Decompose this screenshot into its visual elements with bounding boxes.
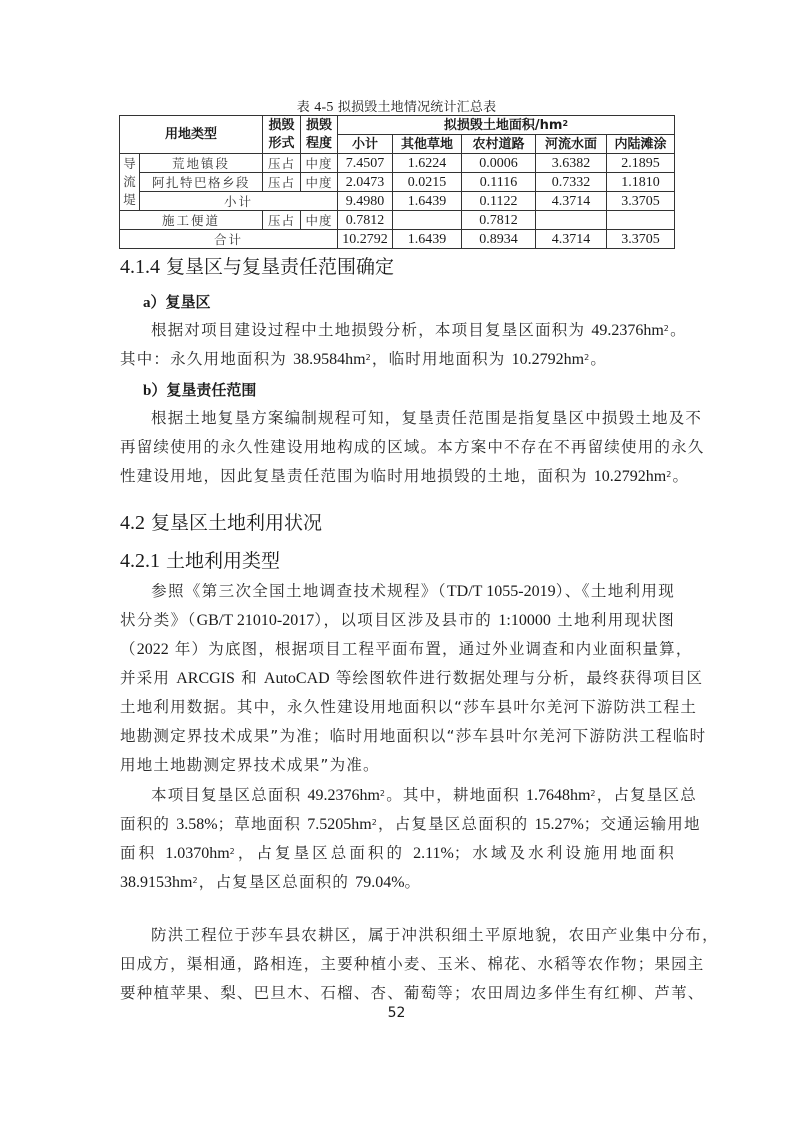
header-col-subtotal: 小计 bbox=[338, 135, 393, 154]
text: ，占复垦区总面积的 bbox=[199, 873, 349, 891]
cell-value: 0.7332 bbox=[536, 173, 607, 192]
paragraph-area-breakdown: 本项目复垦区总面积 49.2376hm2。其中，耕地面积 1.7648hm2，占… bbox=[120, 781, 675, 897]
text: ，占复垦区总 bbox=[597, 786, 697, 804]
superscript: 2 bbox=[590, 789, 596, 798]
text: 等绘图软件进行数据处理与分析，最终获得项目区 bbox=[336, 669, 703, 687]
subheading-label: a） bbox=[143, 295, 166, 311]
text: 根据对项目建设过程中土地损毁分析，本项目复垦区面积为 bbox=[151, 321, 585, 339]
cell-value: 3.3705 bbox=[607, 230, 675, 249]
table-caption-title: 拟损毁土地情况统计汇总表 bbox=[338, 100, 496, 115]
text: 。 bbox=[670, 321, 687, 339]
row-name: 阿扎特巴格乡段 bbox=[140, 173, 263, 192]
header-col-river-water: 河流水面 bbox=[536, 135, 607, 154]
text: 状分类》（ bbox=[120, 611, 197, 629]
text: ；草地面积 bbox=[218, 815, 302, 833]
text: 。 bbox=[405, 873, 422, 891]
group-label-char: 导 bbox=[123, 156, 136, 171]
header-col-rural-road: 农村道路 bbox=[462, 135, 536, 154]
text: ，占复垦区总面积的 bbox=[378, 815, 528, 833]
paragraph-reclamation-area: 根据对项目建设过程中土地损毁分析，本项目复垦区面积为 49.2376hm2。 其… bbox=[120, 316, 675, 374]
scale: 1:10000 bbox=[498, 612, 550, 629]
value: 1.7648hm bbox=[526, 787, 590, 804]
text: 和 bbox=[241, 669, 258, 687]
row-form: 压占 bbox=[263, 154, 301, 173]
value: 49.2376hm bbox=[591, 322, 663, 339]
text: 本项目复垦区总面积 bbox=[151, 786, 301, 804]
section-heading-4-1-4: 4.1.4 复垦区与复垦责任范围确定 bbox=[120, 252, 394, 279]
paragraph-responsibility-scope: 根据土地复垦方案编制规程可知，复垦责任范围是指复垦区中损毁土地及不 再留续使用的… bbox=[120, 404, 675, 491]
superscript: 2 bbox=[666, 470, 672, 479]
cell-value: 7.4507 bbox=[338, 154, 393, 173]
row-name: 荒地镇段 bbox=[140, 154, 263, 173]
text: 地勘测定界技术成果”为准；临时用地面积以“莎车县叶尔羌河下游防洪工程临时 bbox=[120, 722, 675, 751]
cell-value: 9.4980 bbox=[338, 192, 393, 211]
table-caption-number: 4-5 bbox=[314, 100, 333, 115]
text: 土地利用现状图 bbox=[557, 611, 675, 629]
superscript: 2 bbox=[372, 818, 378, 827]
group-label-char: 流 bbox=[123, 174, 136, 189]
year: 2022 bbox=[137, 641, 169, 658]
cell-value: 10.2792 bbox=[338, 230, 393, 249]
header-col-other-grassland: 其他草地 bbox=[393, 135, 462, 154]
section-title: 复垦区与复垦责任范围确定 bbox=[166, 256, 394, 278]
section-title: 复垦区土地利用状况 bbox=[151, 512, 322, 534]
cell-value bbox=[607, 211, 675, 230]
text: 土地利用数据。其中，永久性建设用地面积以“莎车县叶尔羌河下游防洪工程土 bbox=[120, 693, 675, 722]
header-damage-degree-line2: 程度 bbox=[306, 136, 332, 151]
value: 2.11% bbox=[413, 845, 454, 862]
row-degree: 中度 bbox=[301, 211, 338, 230]
document-page: 表 4-5 拟损毁土地情况统计汇总表 用地类型 损毁 形式 损毁 程度 拟损毁土… bbox=[0, 0, 793, 1122]
text: （ bbox=[120, 640, 137, 658]
cell-value: 4.3714 bbox=[536, 230, 607, 249]
header-col-inland-beach: 内陆滩涂 bbox=[607, 135, 675, 154]
text: 用地土地勘测定界技术成果”为准。 bbox=[120, 751, 675, 780]
text: 。 bbox=[673, 467, 690, 485]
cell-value: 2.1895 bbox=[607, 154, 675, 173]
row-name: 小计 bbox=[140, 192, 338, 211]
header-damage-form-line2: 形式 bbox=[268, 136, 294, 151]
cell-value: 1.1810 bbox=[607, 173, 675, 192]
value: 38.9584hm bbox=[293, 351, 365, 368]
superscript: 2 bbox=[366, 353, 372, 362]
table-row-total: 合计 10.2792 1.6439 0.8934 4.3714 3.3705 bbox=[120, 230, 675, 249]
text: 根据土地复垦方案编制规程可知，复垦责任范围是指复垦区中损毁土地及不 bbox=[151, 409, 702, 427]
text: 要种植苹果、梨、巴旦木、石榴、杏、葡萄等；农田周边多伴生有红柳、芦苇、 bbox=[120, 979, 675, 1008]
section-number: 4.2 bbox=[120, 512, 145, 534]
table-row: 施工便道 压占 中度 0.7812 0.7812 bbox=[120, 211, 675, 230]
table-row: 阿扎特巴格乡段 压占 中度 2.0473 0.0215 0.1116 0.733… bbox=[120, 173, 675, 192]
subheading-title: 复垦责任范围 bbox=[166, 381, 256, 399]
header-damage-form: 损毁 形式 bbox=[263, 116, 301, 154]
header-area-group: 拟损毁土地面积/hm2 bbox=[338, 116, 675, 135]
text: 其中：永久用地面积为 bbox=[120, 350, 287, 368]
cell-value: 1.6439 bbox=[393, 192, 462, 211]
standard-code: TD/T 1055-2019 bbox=[447, 583, 556, 600]
row-name: 施工便道 bbox=[120, 211, 263, 230]
cell-value: 1.6224 bbox=[393, 154, 462, 173]
cell-value: 2.0473 bbox=[338, 173, 393, 192]
cell-value: 0.0215 bbox=[393, 173, 462, 192]
subheading-title: 复垦区 bbox=[166, 293, 211, 311]
row-degree: 中度 bbox=[301, 154, 338, 173]
section-heading-4-2-1: 4.2.1 土地利用类型 bbox=[120, 546, 280, 573]
group-label-diversion-dike: 导 流 堤 bbox=[120, 154, 140, 211]
table-header-row-1: 用地类型 损毁 形式 损毁 程度 拟损毁土地面积/hm2 bbox=[120, 116, 675, 135]
text: 并采用 bbox=[120, 669, 170, 687]
subheading-label: b） bbox=[143, 383, 166, 399]
text: 再留续使用的永久性建设用地构成的区域。本方案中不存在不再留续使用的永久 bbox=[120, 433, 675, 462]
section-title: 土地利用类型 bbox=[166, 550, 280, 572]
table-row-subtotal: 小计 9.4980 1.6439 0.1122 4.3714 3.3705 bbox=[120, 192, 675, 211]
paragraph-land-use-sources: 参照《第三次全国土地调查技术规程》（TD/T 1055-2019）、《土地利用现… bbox=[120, 577, 675, 780]
standard-code: GB/T 21010-2017 bbox=[197, 612, 315, 629]
cell-value: 3.6382 bbox=[536, 154, 607, 173]
superscript: 2 bbox=[192, 876, 198, 885]
software: AutoCAD bbox=[264, 670, 330, 687]
software: ARCGIS bbox=[176, 670, 235, 687]
text: 性建设用地，因此复垦责任范围为临时用地损毁的土地，面积为 bbox=[120, 467, 588, 485]
value: 1.0370hm bbox=[165, 845, 229, 862]
header-area-group-label: 拟损毁土地面积/hm bbox=[444, 118, 563, 133]
value: 38.9153hm bbox=[120, 874, 192, 891]
text: ）、《土地利用现 bbox=[556, 582, 675, 600]
superscript: 2 bbox=[380, 789, 386, 798]
cell-value: 0.1116 bbox=[462, 173, 536, 192]
cell-value: 0.7812 bbox=[462, 211, 536, 230]
text: 田成方，渠相通，路相连，主要种植小麦、玉米、棉花、水稻等农作物；果园主 bbox=[120, 950, 675, 979]
subheading-b: b）复垦责任范围 bbox=[143, 379, 256, 400]
subheading-a: a）复垦区 bbox=[143, 291, 211, 312]
cell-value: 0.1122 bbox=[462, 192, 536, 211]
cell-value bbox=[393, 211, 462, 230]
text: 面积 bbox=[120, 844, 157, 862]
section-heading-4-2: 4.2 复垦区土地利用状况 bbox=[120, 508, 322, 535]
header-damage-form-line1: 损毁 bbox=[268, 118, 294, 133]
page-number: 52 bbox=[0, 1005, 793, 1021]
table-caption: 表 4-5 拟损毁土地情况统计汇总表 bbox=[0, 96, 793, 116]
text: 。 bbox=[590, 350, 607, 368]
value: 7.5205hm bbox=[307, 816, 371, 833]
group-label-char: 堤 bbox=[123, 192, 136, 207]
superscript: 2 bbox=[562, 119, 568, 128]
text: 。其中，耕地面积 bbox=[386, 786, 520, 804]
text: ，占复垦区总面积的 bbox=[236, 844, 405, 862]
section-number: 4.2.1 bbox=[120, 550, 160, 572]
row-form: 压占 bbox=[263, 173, 301, 192]
cell-value: 0.7812 bbox=[338, 211, 393, 230]
superscript: 2 bbox=[584, 353, 590, 362]
table-row: 导 流 堤 荒地镇段 压占 中度 7.4507 1.6224 0.0006 3.… bbox=[120, 154, 675, 173]
text: 面积的 bbox=[120, 815, 170, 833]
cell-value: 0.0006 bbox=[462, 154, 536, 173]
section-number: 4.1.4 bbox=[120, 256, 160, 278]
value: 15.27% bbox=[534, 816, 583, 833]
cell-value: 3.3705 bbox=[607, 192, 675, 211]
superscript: 2 bbox=[230, 847, 236, 856]
superscript: 2 bbox=[664, 324, 670, 333]
cell-value: 1.6439 bbox=[393, 230, 462, 249]
header-land-type: 用地类型 bbox=[120, 116, 263, 154]
value: 49.2376hm bbox=[307, 787, 379, 804]
text: ；水域及水利设施用地面积 bbox=[454, 844, 675, 862]
paragraph-project-location: 防洪工程位于莎车县农耕区，属于冲洪积细土平原地貌，农田产业集中分布， 田成方，渠… bbox=[120, 921, 675, 1008]
row-degree: 中度 bbox=[301, 173, 338, 192]
text: ；交通运输用地 bbox=[584, 815, 701, 833]
text: 防洪工程位于莎车县农耕区，属于冲洪积细土平原地貌，农田产业集中分布， bbox=[151, 926, 719, 944]
value: 79.04% bbox=[355, 874, 404, 891]
text: ，临时用地面积为 bbox=[372, 350, 506, 368]
row-name: 合计 bbox=[120, 230, 338, 249]
value: 3.58% bbox=[176, 816, 217, 833]
cell-value: 4.3714 bbox=[536, 192, 607, 211]
table-caption-prefix: 表 bbox=[297, 100, 310, 115]
value: 10.2792hm bbox=[512, 351, 584, 368]
header-damage-degree-line1: 损毁 bbox=[306, 118, 332, 133]
text: 年）为底图，根据项目工程平面布置，通过外业调查和内业面积量算， bbox=[175, 640, 693, 658]
text: 参照《第三次全国土地调查技术规程》（ bbox=[151, 582, 447, 600]
damage-statistics-table: 用地类型 损毁 形式 损毁 程度 拟损毁土地面积/hm2 小计 其他草地 农村道… bbox=[119, 115, 675, 249]
text: ），以项目区涉及县市的 bbox=[314, 611, 492, 629]
cell-value bbox=[536, 211, 607, 230]
header-damage-degree: 损毁 程度 bbox=[301, 116, 338, 154]
cell-value: 0.8934 bbox=[462, 230, 536, 249]
row-form: 压占 bbox=[263, 211, 301, 230]
value: 10.2792hm bbox=[594, 468, 666, 485]
